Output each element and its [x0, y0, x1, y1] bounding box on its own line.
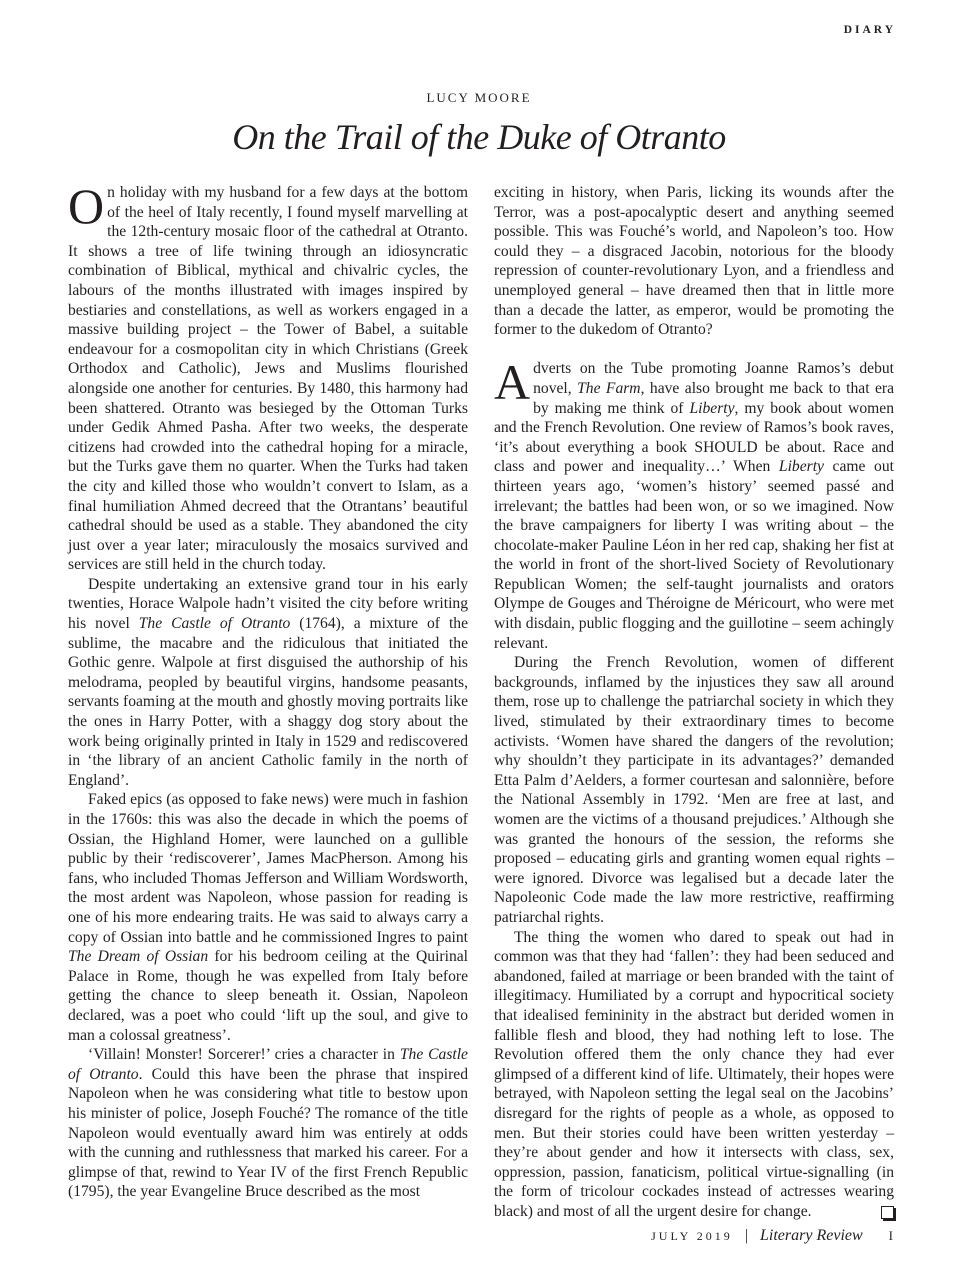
paragraph: Adverts on the Tube promoting Joanne Ram… [494, 359, 894, 653]
text-run: Faked epics (as opposed to fake news) we… [68, 791, 468, 945]
page-footer: July 2019 | Literary Review I [651, 1227, 894, 1245]
text-run: During the French Revolution, women of d… [494, 654, 894, 926]
italic-title: Liberty [779, 458, 824, 475]
drop-cap: A [494, 361, 530, 401]
italic-title: The Farm [577, 380, 640, 397]
italic-title: The Castle of Otranto [139, 615, 291, 632]
paragraph: Despite undertaking an extensive grand t… [68, 575, 468, 791]
text-run: The thing the women who dared to speak o… [494, 929, 894, 1220]
footer-separator: | [745, 1227, 748, 1245]
text-run: exciting in history, when Paris, licking… [494, 184, 894, 338]
right-column: exciting in history, when Paris, licking… [494, 183, 894, 1221]
paragraph: During the French Revolution, women of d… [494, 653, 894, 927]
text-run: ‘Villain! Monster! Sorcerer!’ cries a ch… [88, 1046, 400, 1063]
byline: LUCY MOORE [0, 90, 958, 106]
paragraph: ‘Villain! Monster! Sorcerer!’ cries a ch… [68, 1045, 468, 1202]
paragraph: The thing the women who dared to speak o… [494, 928, 894, 1222]
text-run: (1764), a mixture of the sublime, the ma… [68, 615, 468, 789]
end-of-article-square-icon [881, 1206, 894, 1219]
paragraph: Faked epics (as opposed to fake news) we… [68, 790, 468, 1045]
paragraph: exciting in history, when Paris, licking… [494, 183, 894, 340]
article-title: On the Trail of the Duke of Otranto [0, 116, 958, 158]
section-label: DIARY [844, 24, 896, 36]
italic-title: Liberty [689, 400, 734, 417]
text-run: came out thirteen years ago, ‘women’s hi… [494, 458, 894, 651]
issue-date: July 2019 [651, 1229, 733, 1244]
left-column: On holiday with my husband for a few day… [68, 183, 468, 1202]
italic-title: The Dream of Ossian [68, 948, 208, 965]
paragraph: On holiday with my husband for a few day… [68, 183, 468, 575]
magazine-name: Literary Review [760, 1227, 863, 1245]
text-run: . Could this have been the phrase that i… [68, 1066, 468, 1201]
drop-cap: O [68, 185, 104, 225]
page-number: I [889, 1228, 894, 1244]
text-run: n holiday with my husband for a few days… [68, 184, 468, 573]
